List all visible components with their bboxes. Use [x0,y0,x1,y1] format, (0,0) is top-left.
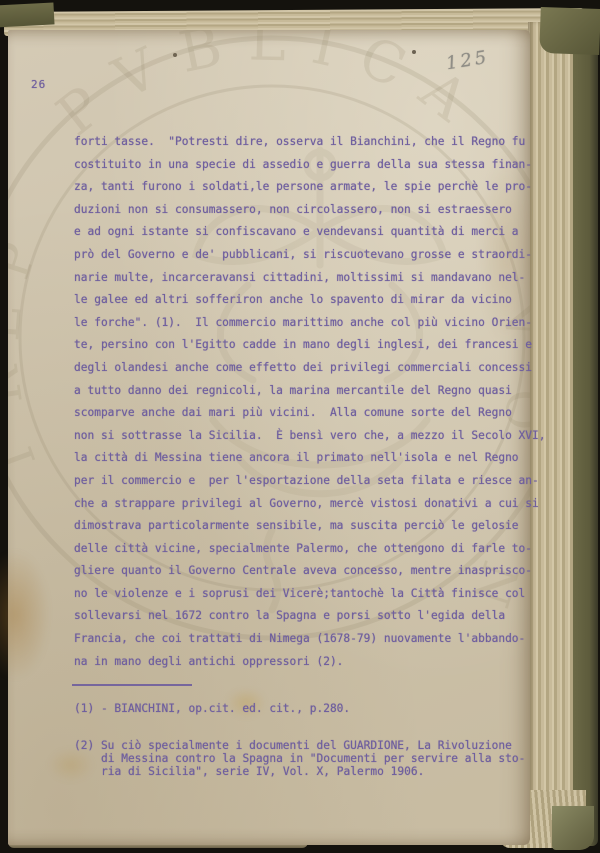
typed-line: le galee ed altri sofferiron anche lo sp… [74,289,534,312]
paper-speck [173,53,177,57]
typed-line: narie multe, incarceravansi cittadini, m… [74,267,534,290]
typed-line: dimostrava particolarmente sensibile, ma… [74,515,534,538]
stamp-letter: P [8,236,48,286]
typed-line: Francia, che coi trattati di Nimega (167… [74,628,534,651]
paper-stain [0,550,50,680]
typed-line: no le violenze e i soprusi dei Vicerè;ta… [74,583,534,606]
footnote-2: (2) Su ciò specialmente i documenti del … [74,739,525,779]
scanned-book-photo: PVBLICA P E R I V O N 2 [0,0,600,853]
stamp-letter: I [8,439,47,477]
typed-line: a tutto danno dei regnicoli, la marina m… [74,380,534,403]
typed-line: te, persino con l'Egitto cadde in mano d… [74,334,534,357]
typed-line: degli olandesi anche come effetto dei pr… [74,357,534,380]
pencil-folio-number: 125 [445,47,491,75]
typed-line: le forche". (1). Il commercio marittimo … [74,312,534,335]
paper-speck [412,50,416,54]
footnote-line: ria di Sicilia", serie IV, Vol. X, Paler… [74,765,525,778]
footnote-line: di Messina contro la Spagna in "Document… [74,752,525,765]
stamp-letter: E [8,302,33,342]
typed-line: scomparve anche dai mari più vicini. All… [74,402,534,425]
typed-line: za, tanti furono i soldati,le persone ar… [74,176,534,199]
page-number: 26 [31,78,46,91]
typed-line: che a strappare privilegi al Governo, me… [74,493,534,516]
footnote-1: (1) - BIANCHINI, op.cit. ed. cit., p.280… [74,702,350,715]
typed-line: sollevarsi nel 1672 contro la Spagna e p… [74,605,534,628]
typed-line: delle città vicine, specialmente Palermo… [74,538,534,561]
cover-corner-top-left [0,2,55,27]
footnote-separator [72,684,192,686]
typed-line: costituito in una specie di assedio e gu… [74,154,534,177]
typed-line: gliere quanto il Governo Centrale aveva … [74,560,534,583]
cover-corner-bottom-right [552,806,594,850]
typed-line: per il commercio e per l'esportazione de… [74,470,534,493]
typed-line: non si sottrasse la Sicilia. È bensì ver… [74,425,534,448]
book-cover-edge [570,18,598,846]
typed-line: e ad ogni istante si confiscavano e vend… [74,221,534,244]
cover-corner-top-right [539,7,600,55]
typed-line: duzioni non si consumassero, non circola… [74,199,534,222]
typed-line: na in mano degli antichi oppressori (2). [74,651,534,674]
typed-body-text: forti tasse. "Potresti dire, osserva il … [74,131,534,673]
typed-line: forti tasse. "Potresti dire, osserva il … [74,131,534,154]
stamp-letter: R [8,362,34,409]
footnote-line: (2) Su ciò specialmente i documenti del … [74,739,525,752]
typed-line: la città di Messina tiene ancora il prim… [74,447,534,470]
typed-line: prò del Governo e de' pubblicani, si ris… [74,244,534,267]
book-page: PVBLICA P E R I V O N 2 [8,30,530,845]
